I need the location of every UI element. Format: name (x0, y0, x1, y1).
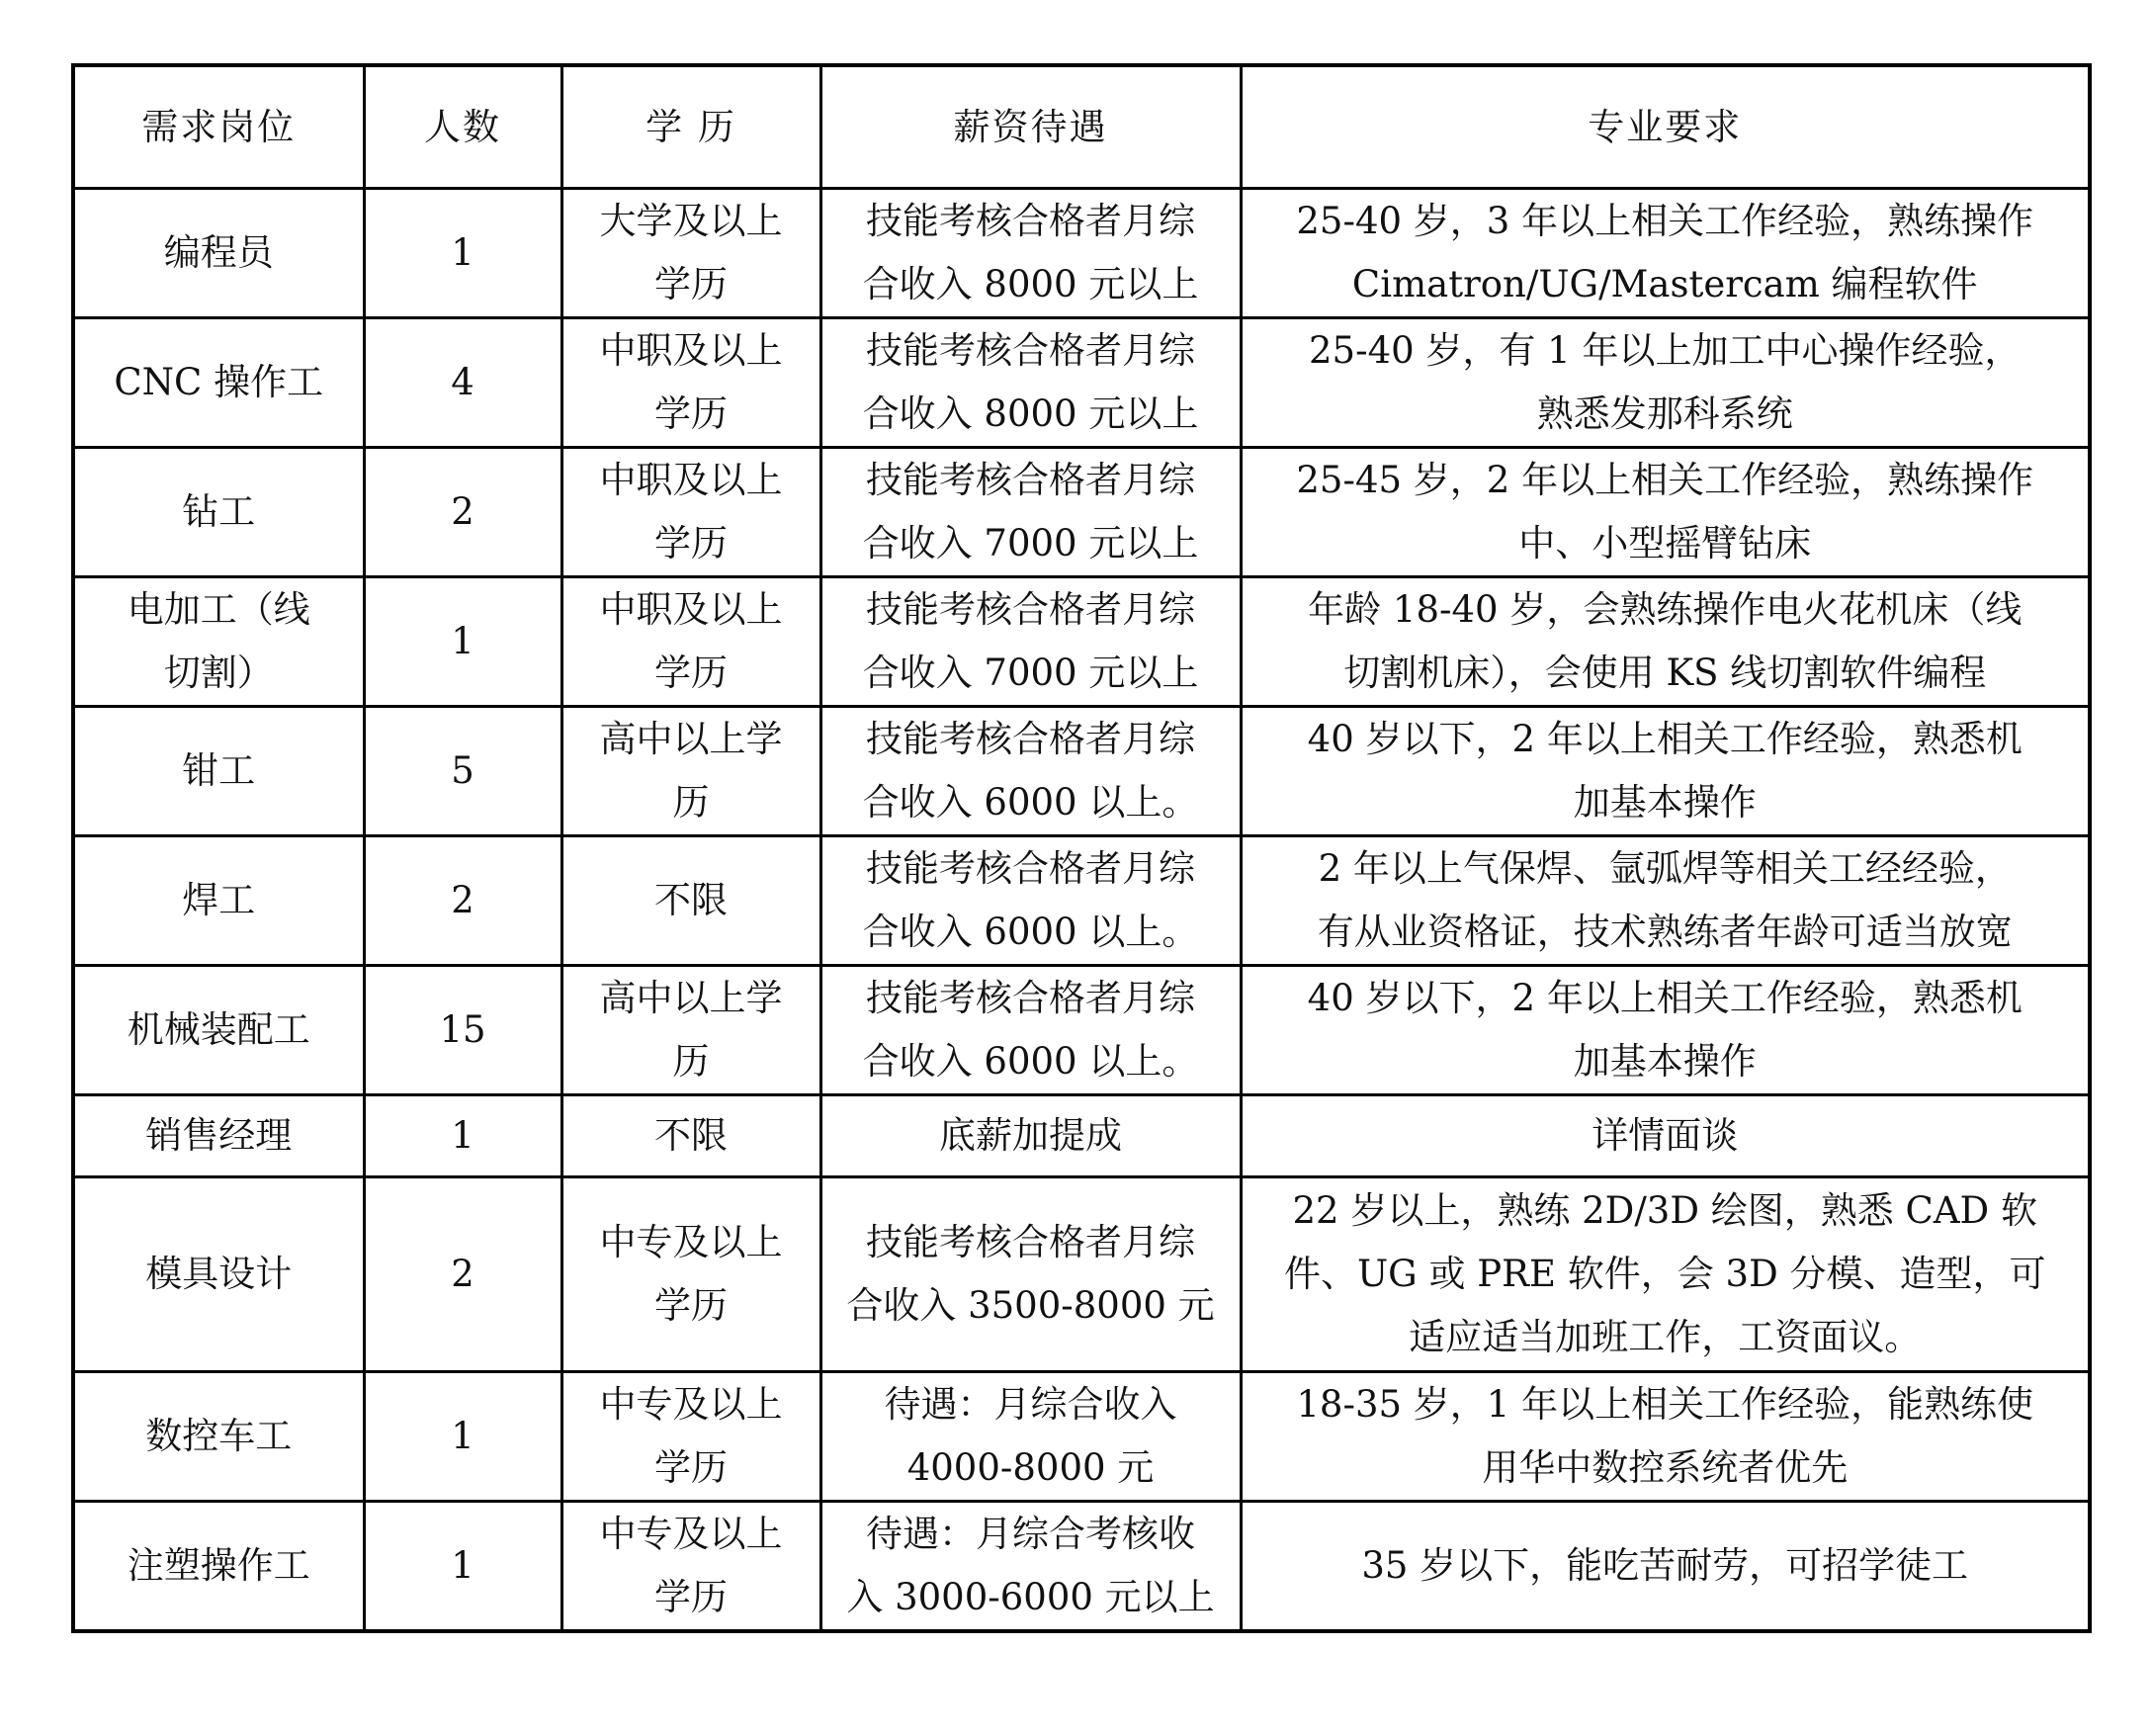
cell-requirements: 25-40 岁，有 1 年以上加工中心操作经验， 熟悉发那科系统 (1241, 318, 2090, 448)
cell-education: 大学及以上 学历 (561, 189, 820, 318)
cell-education: 高中以上学 历 (561, 966, 820, 1095)
cell-position: 数控车工 (73, 1372, 364, 1502)
cell-count: 1 (364, 1095, 561, 1177)
cell-salary: 技能考核合格者月综 合收入 6000 以上。 (820, 836, 1241, 966)
header-salary: 薪资待遇 (820, 65, 1241, 189)
cell-salary: 技能考核合格者月综 合收入 6000 以上。 (820, 966, 1241, 1095)
cell-education: 不限 (561, 836, 820, 966)
cell-count: 1 (364, 1502, 561, 1632)
table-row: 焊工 2 不限 技能考核合格者月综 合收入 6000 以上。 2 年以上气保焊、… (73, 836, 2090, 966)
cell-requirements: 25-40 岁，3 年以上相关工作经验，熟练操作 Cimatron/UG/Mas… (1241, 189, 2090, 318)
cell-education: 中专及以上 学历 (561, 1502, 820, 1632)
cell-requirements: 2 年以上气保焊、氩弧焊等相关工经经验， 有从业资格证，技术熟练者年龄可适当放宽 (1241, 836, 2090, 966)
cell-count: 2 (364, 1177, 561, 1372)
cell-requirements: 18-35 岁，1 年以上相关工作经验，能熟练使 用华中数控系统者优先 (1241, 1372, 2090, 1502)
cell-education: 中职及以上 学历 (561, 318, 820, 448)
table-row: 钳工 5 高中以上学 历 技能考核合格者月综 合收入 6000 以上。 40 岁… (73, 707, 2090, 836)
cell-requirements: 年龄 18-40 岁，会熟练操作电火花机床（线 切割机床），会使用 KS 线切割… (1241, 577, 2090, 707)
cell-position: 编程员 (73, 189, 364, 318)
cell-count: 1 (364, 577, 561, 707)
table-row: 钻工 2 中职及以上 学历 技能考核合格者月综 合收入 7000 元以上 25-… (73, 448, 2090, 577)
header-position: 需求岗位 (73, 65, 364, 189)
header-row: 需求岗位 人数 学 历 薪资待遇 专业要求 (73, 65, 2090, 189)
cell-education: 高中以上学 历 (561, 707, 820, 836)
cell-requirements: 40 岁以下，2 年以上相关工作经验，熟悉机 加基本操作 (1241, 966, 2090, 1095)
cell-salary: 待遇：月综合考核收 入 3000-6000 元以上 (820, 1502, 1241, 1632)
table-row: 电加工（线 切割） 1 中职及以上 学历 技能考核合格者月综 合收入 7000 … (73, 577, 2090, 707)
cell-count: 1 (364, 189, 561, 318)
cell-salary: 技能考核合格者月综 合收入 7000 元以上 (820, 577, 1241, 707)
cell-salary: 底薪加提成 (820, 1095, 1241, 1177)
cell-requirements: 40 岁以下，2 年以上相关工作经验，熟悉机 加基本操作 (1241, 707, 2090, 836)
cell-education: 中专及以上 学历 (561, 1177, 820, 1372)
table-row: 销售经理 1 不限 底薪加提成 详情面谈 (73, 1095, 2090, 1177)
header-education: 学 历 (561, 65, 820, 189)
cell-position: 模具设计 (73, 1177, 364, 1372)
cell-position: 钻工 (73, 448, 364, 577)
cell-requirements: 35 岁以下，能吃苦耐劳，可招学徒工 (1241, 1502, 2090, 1632)
cell-education: 不限 (561, 1095, 820, 1177)
job-openings-table: 需求岗位 人数 学 历 薪资待遇 专业要求 编程员 1 大学及以上 学历 技能考… (71, 63, 2092, 1633)
cell-salary: 技能考核合格者月综 合收入 8000 元以上 (820, 318, 1241, 448)
cell-salary: 技能考核合格者月综 合收入 6000 以上。 (820, 707, 1241, 836)
table-row: 数控车工 1 中专及以上 学历 待遇：月综合收入 4000-8000 元 18-… (73, 1372, 2090, 1502)
cell-salary: 待遇：月综合收入 4000-8000 元 (820, 1372, 1241, 1502)
table-row: 模具设计 2 中专及以上 学历 技能考核合格者月综 合收入 3500-8000 … (73, 1177, 2090, 1372)
cell-count: 5 (364, 707, 561, 836)
cell-education: 中专及以上 学历 (561, 1372, 820, 1502)
cell-count: 15 (364, 966, 561, 1095)
cell-education: 中职及以上 学历 (561, 448, 820, 577)
cell-requirements: 详情面谈 (1241, 1095, 2090, 1177)
cell-count: 4 (364, 318, 561, 448)
cell-position: 机械装配工 (73, 966, 364, 1095)
cell-position: 注塑操作工 (73, 1502, 364, 1632)
cell-requirements: 25-45 岁，2 年以上相关工作经验，熟练操作 中、小型摇臂钻床 (1241, 448, 2090, 577)
cell-position: 钳工 (73, 707, 364, 836)
header-requirements: 专业要求 (1241, 65, 2090, 189)
table-row: CNC 操作工 4 中职及以上 学历 技能考核合格者月综 合收入 8000 元以… (73, 318, 2090, 448)
table-row: 机械装配工 15 高中以上学 历 技能考核合格者月综 合收入 6000 以上。 … (73, 966, 2090, 1095)
table-row: 编程员 1 大学及以上 学历 技能考核合格者月综 合收入 8000 元以上 25… (73, 189, 2090, 318)
cell-position: 电加工（线 切割） (73, 577, 364, 707)
cell-position: CNC 操作工 (73, 318, 364, 448)
cell-count: 2 (364, 836, 561, 966)
cell-position: 销售经理 (73, 1095, 364, 1177)
table-row: 注塑操作工 1 中专及以上 学历 待遇：月综合考核收 入 3000-6000 元… (73, 1502, 2090, 1632)
cell-count: 1 (364, 1372, 561, 1502)
header-count: 人数 (364, 65, 561, 189)
cell-count: 2 (364, 448, 561, 577)
cell-salary: 技能考核合格者月综 合收入 3500-8000 元 (820, 1177, 1241, 1372)
cell-position: 焊工 (73, 836, 364, 966)
cell-education: 中职及以上 学历 (561, 577, 820, 707)
cell-requirements: 22 岁以上，熟练 2D/3D 绘图，熟悉 CAD 软 件、UG 或 PRE 软… (1241, 1177, 2090, 1372)
cell-salary: 技能考核合格者月综 合收入 7000 元以上 (820, 448, 1241, 577)
cell-salary: 技能考核合格者月综 合收入 8000 元以上 (820, 189, 1241, 318)
